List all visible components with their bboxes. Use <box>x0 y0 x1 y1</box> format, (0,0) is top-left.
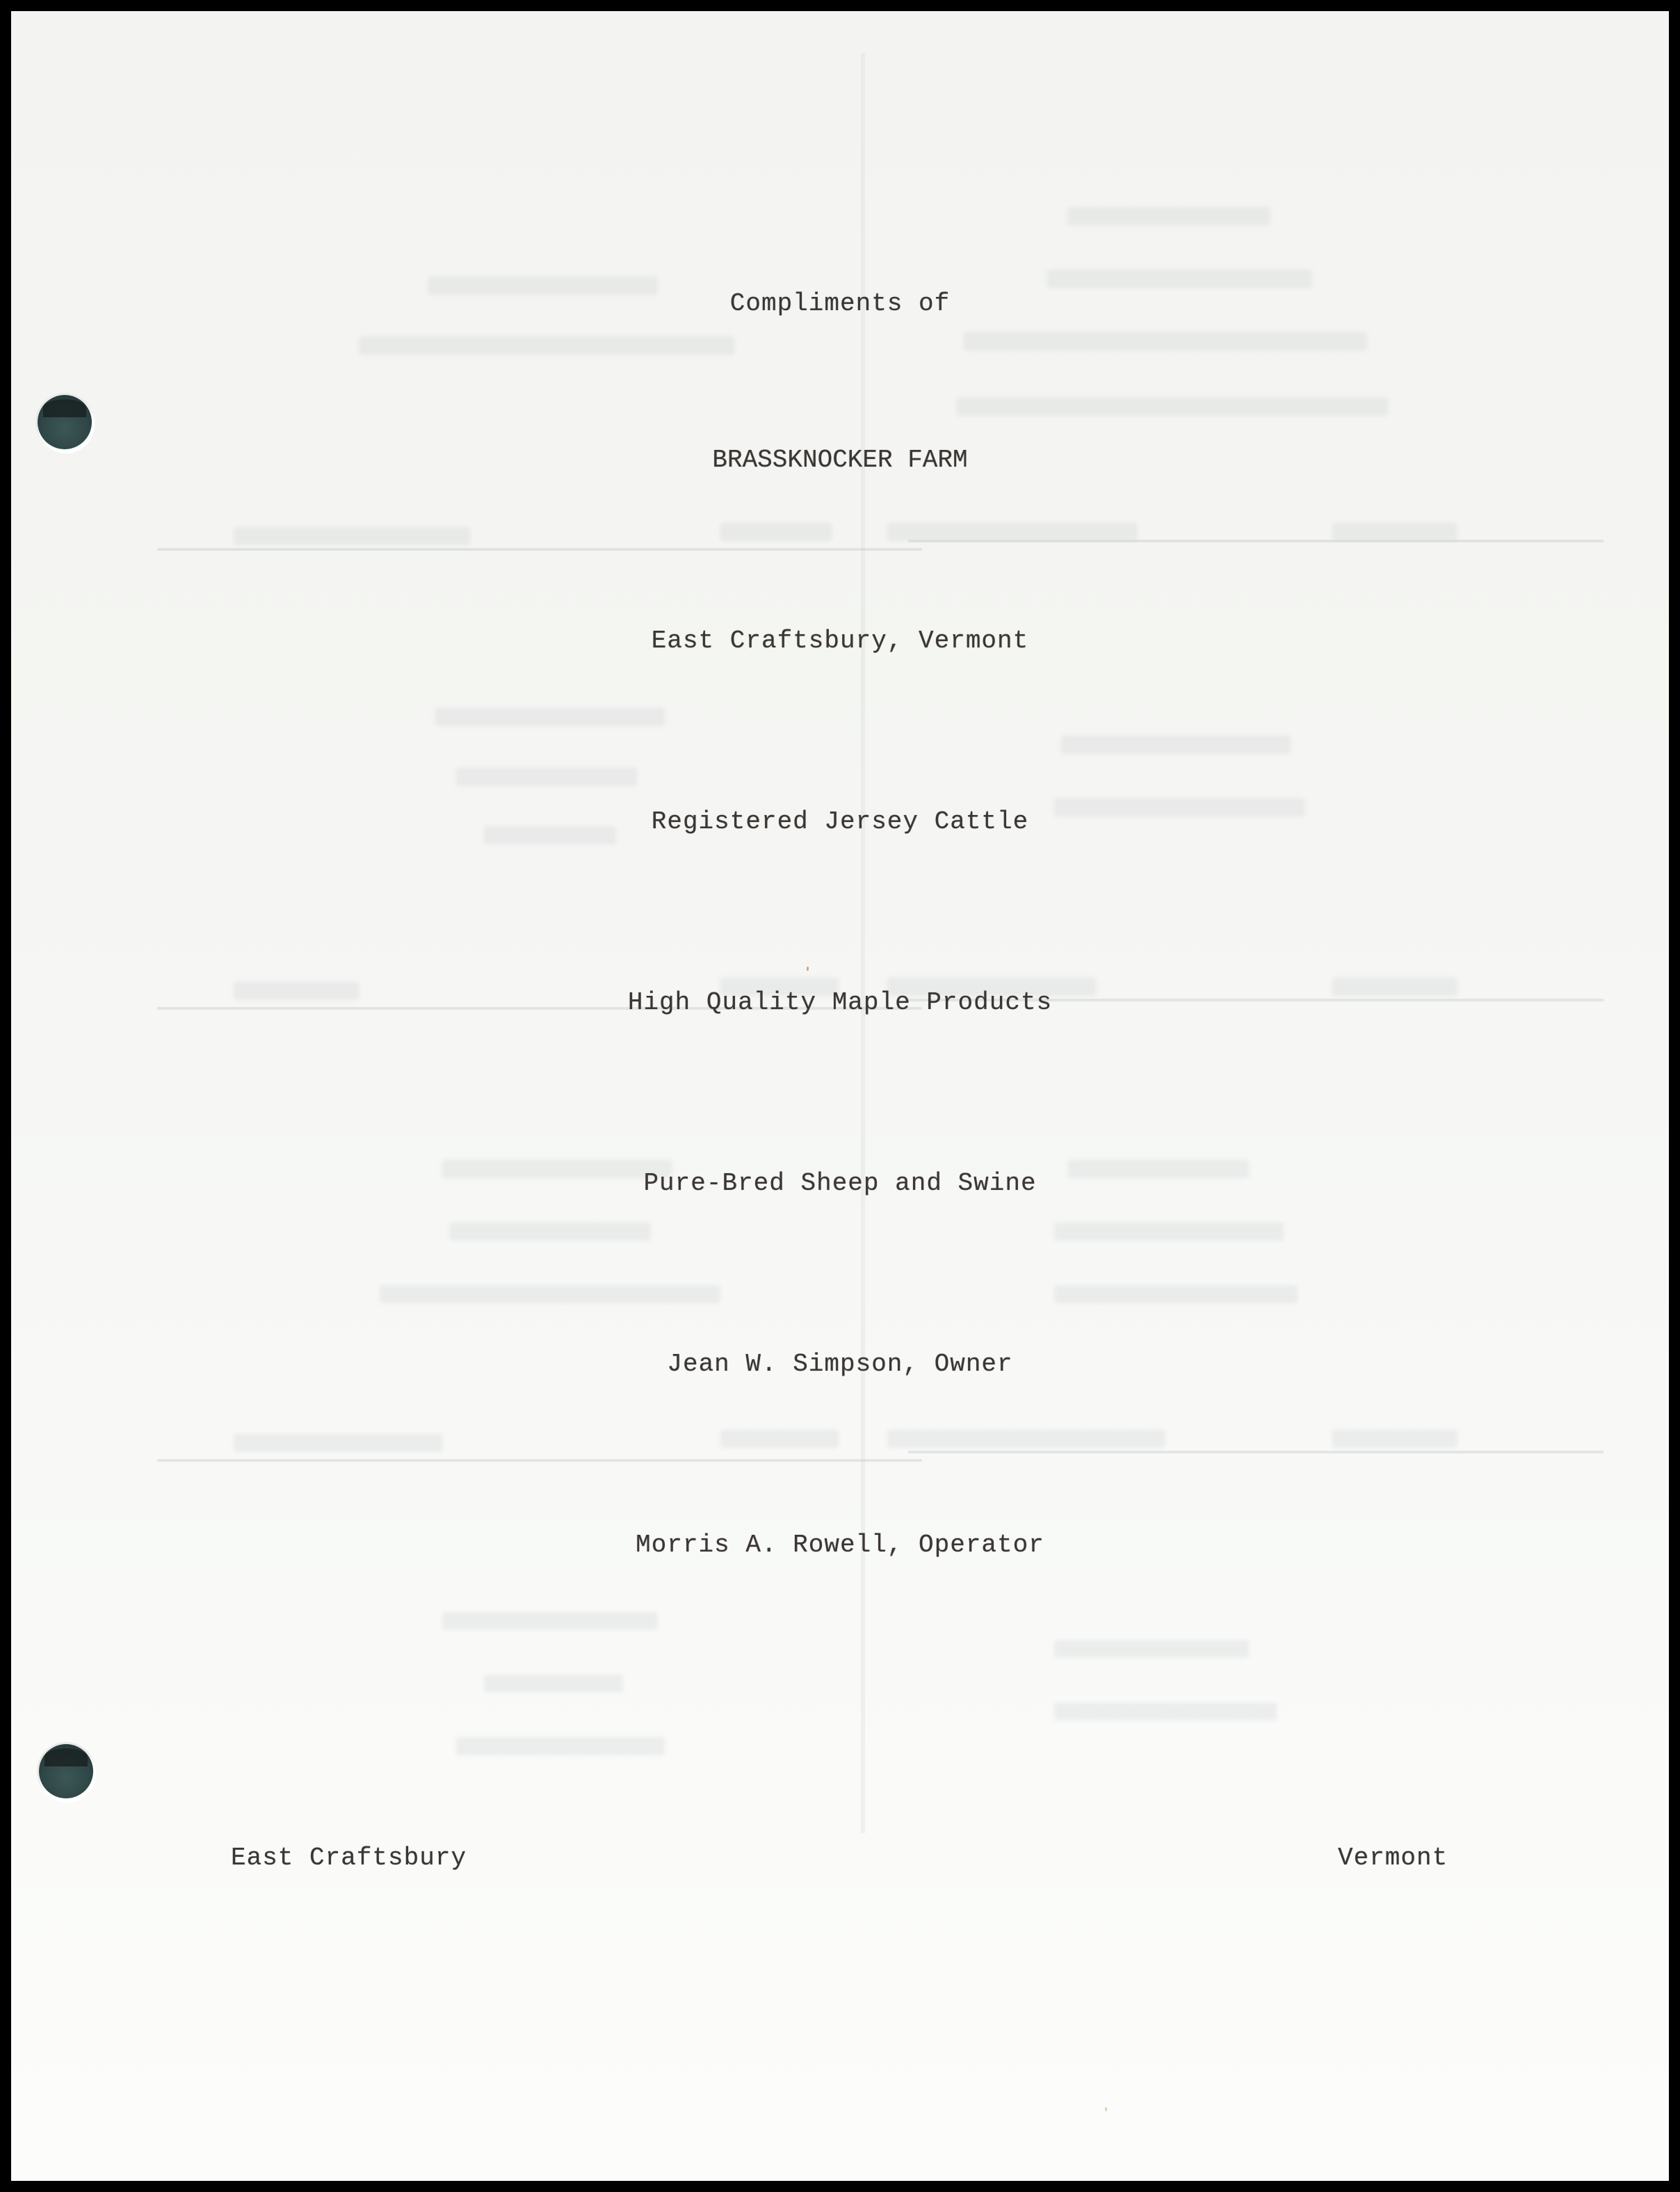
ghost-text-block <box>1047 270 1311 288</box>
line-owner: Jean W. Simpson, Owner <box>11 1350 1669 1378</box>
ghost-text-block <box>887 523 1138 541</box>
line-cattle: Registered Jersey Cattle <box>11 807 1669 836</box>
paper-speck <box>1105 2107 1107 2111</box>
ghost-text-block <box>380 1285 720 1303</box>
ghost-text-block <box>1054 1223 1284 1241</box>
paper-speck <box>807 967 809 971</box>
ghost-text-block <box>442 1612 658 1630</box>
footer-left-town: East Craftsbury <box>231 1844 467 1872</box>
ghost-text-block <box>720 1430 839 1448</box>
fold-line <box>861 53 865 1833</box>
ghost-text-block <box>964 332 1367 350</box>
line-location: East Craftsbury, Vermont <box>11 627 1669 655</box>
ghost-text-block <box>1061 736 1291 754</box>
ghost-text-block <box>435 708 665 726</box>
punch-hole-icon <box>39 1744 93 1798</box>
ghost-text-block <box>234 1434 442 1452</box>
ghost-rule <box>908 1451 1604 1453</box>
ghost-text-block <box>1332 523 1457 541</box>
punch-hole-icon <box>38 395 92 449</box>
ghost-text-block <box>887 1430 1165 1448</box>
ghost-rule <box>908 540 1604 542</box>
paper-page: Compliments of BRASSKNOCKER FARM East Cr… <box>11 11 1669 2181</box>
ghost-text-block <box>1054 1702 1277 1720</box>
ghost-text-block <box>720 523 832 541</box>
ghost-text-block <box>957 398 1388 416</box>
ghost-text-block <box>456 768 637 786</box>
line-sheep-swine: Pure-Bred Sheep and Swine <box>11 1169 1669 1198</box>
ghost-text-block <box>1068 207 1270 225</box>
ghost-text-block <box>359 337 734 355</box>
line-farm-name: BRASSKNOCKER FARM <box>11 446 1669 474</box>
ghost-rule <box>157 548 922 551</box>
ghost-rule <box>157 1459 922 1462</box>
ghost-text-block <box>234 527 470 545</box>
ghost-text-block <box>449 1223 651 1241</box>
ghost-text-block <box>1332 1430 1457 1448</box>
line-operator: Morris A. Rowell, Operator <box>11 1531 1669 1559</box>
line-maple-products: High Quality Maple Products <box>11 988 1669 1017</box>
ghost-text-block <box>484 1675 623 1693</box>
scan-border: Compliments of BRASSKNOCKER FARM East Cr… <box>0 0 1680 2192</box>
ghost-text-block <box>456 1737 665 1755</box>
ghost-text-block <box>1054 1285 1298 1303</box>
footer-right-state: Vermont <box>1338 1844 1448 1872</box>
line-compliments-of: Compliments of <box>11 289 1669 318</box>
ghost-text-block <box>1054 1640 1249 1658</box>
